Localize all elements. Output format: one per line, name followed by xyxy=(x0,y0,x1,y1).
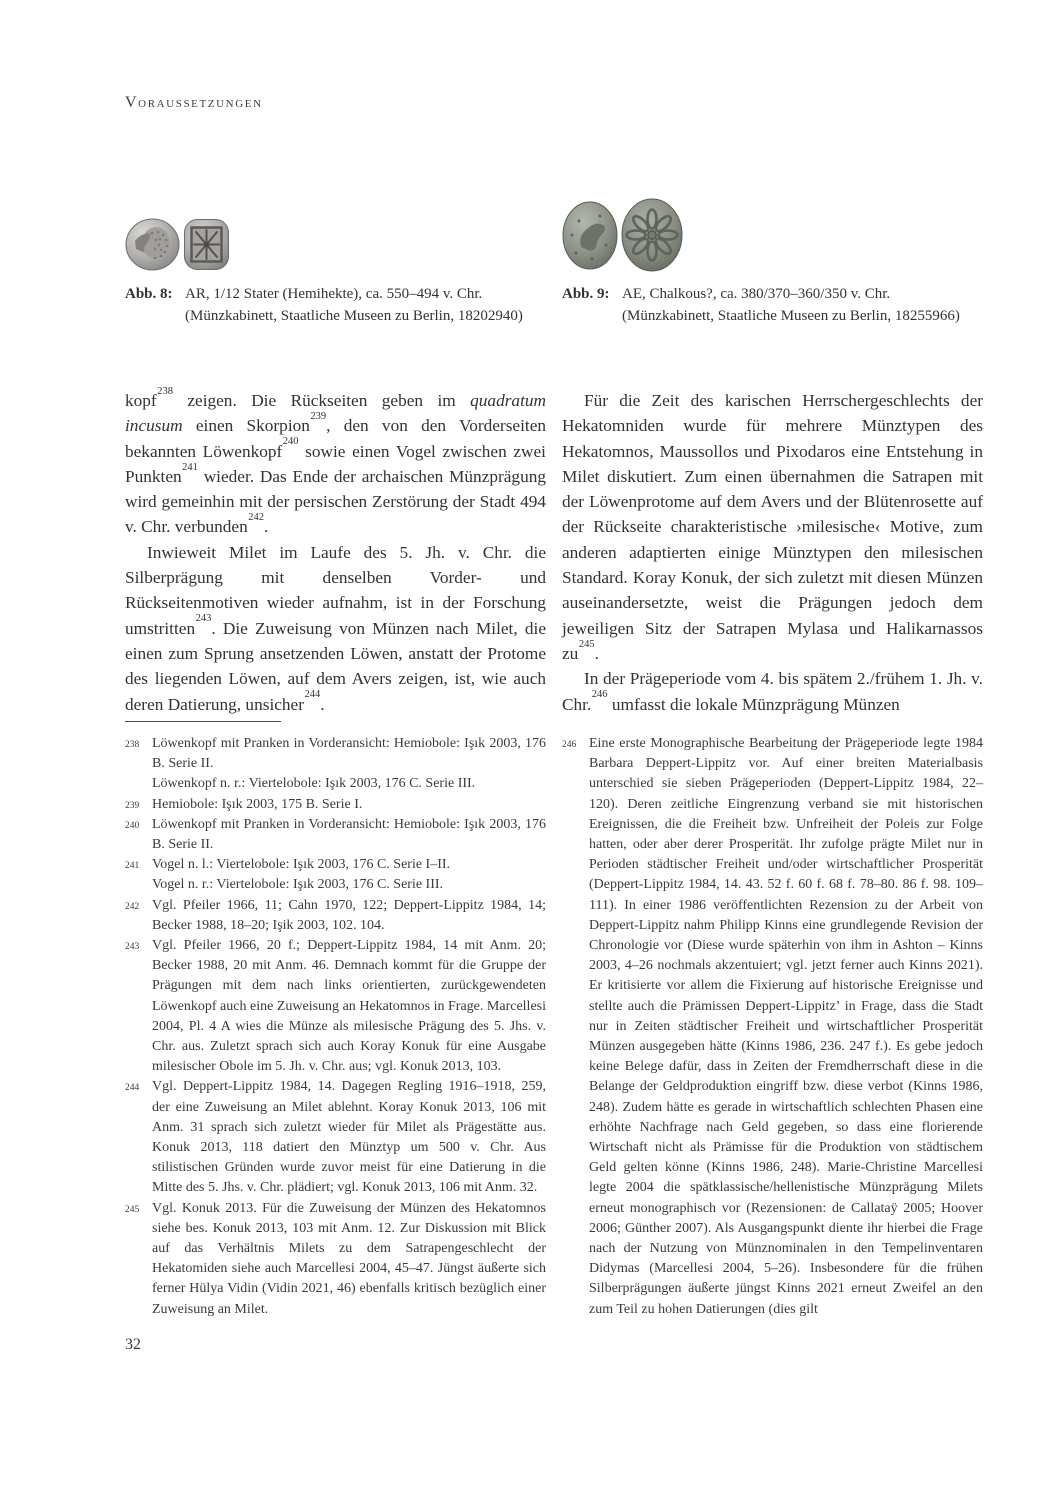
paragraph: Für die Zeit des karischen Herrschergesc… xyxy=(562,388,983,666)
footnote-ref: 241 xyxy=(182,462,198,473)
footnote-separator-rule xyxy=(125,721,281,722)
footnote-244: 244 Vgl. Deppert-Lippitz 1984, 14. Dageg… xyxy=(125,1077,546,1198)
footnote-number: 242 xyxy=(125,897,139,917)
silver-coin-lion-head-obverse-image xyxy=(125,218,180,271)
footnote-number: 244 xyxy=(125,1078,139,1098)
footnotes-right-column: 246 Eine erste Monographische Bearbeitun… xyxy=(562,734,983,1320)
footnote-number: 241 xyxy=(125,856,139,876)
italic-text: quadratum incusum xyxy=(125,391,546,435)
figure-9-label: Abb. 9: xyxy=(562,284,610,306)
footnote-number: 245 xyxy=(125,1200,139,1220)
paragraph: Inwieweit Milet im Laufe des 5. Jh. v. C… xyxy=(125,540,546,717)
figure-9-coin-images xyxy=(562,196,983,274)
figure-9-caption: AE, Chalkous?, ca. 380/370–360/350 v. Ch… xyxy=(622,284,970,327)
footnote-241: 241 Vogel n. l.: Viertelobole: Işık 2003… xyxy=(125,855,546,895)
footnote-240: 240 Löwenkopf mit Pranken in Vorderansic… xyxy=(125,815,546,855)
footnote-text: Löwenkopf mit Pranken in Vorderansicht: … xyxy=(152,817,546,852)
footnote-246: 246 Eine erste Monographische Bearbeitun… xyxy=(562,734,983,1320)
page-number: 32 xyxy=(125,1336,141,1354)
paragraph: kopf238 zeigen. Die Rückseiten geben im … xyxy=(125,388,546,540)
figure-8-caption: AR, 1/12 Stater (Hemihekte), ca. 550–494… xyxy=(185,284,533,327)
footnote-242: 242 Vgl. Pfeiler 1966, 11; Cahn 1970, 12… xyxy=(125,896,546,936)
footnote-ref: 242 xyxy=(248,512,264,523)
footnote-245: 245 Vgl. Konuk 2013. Für die Zuweisung d… xyxy=(125,1199,546,1320)
figure-abb-9: Abb. 9: AE, Chalkous?, ca. 380/370–360/3… xyxy=(562,196,983,327)
footnote-text: Eine erste Monographische Bearbeitung de… xyxy=(589,736,983,1317)
figure-9-caption-block: Abb. 9: AE, Chalkous?, ca. 380/370–360/3… xyxy=(562,284,983,327)
figure-8-caption-block: Abb. 8: AR, 1/12 Stater (Hemihekte), ca.… xyxy=(125,284,546,327)
body-left-column: kopf238 zeigen. Die Rückseiten geben im … xyxy=(125,388,546,717)
footnote-text: Vgl. Pfeiler 1966, 20 f.; Deppert-Lippit… xyxy=(152,938,546,1074)
footnote-239: 239 Hemiobole: Işık 2003, 175 B. Serie I… xyxy=(125,795,546,815)
footnote-number: 243 xyxy=(125,937,139,957)
figure-abb-8: Abb. 8: AR, 1/12 Stater (Hemihekte), ca.… xyxy=(125,214,546,327)
running-head: Voraussetzungen xyxy=(125,94,263,112)
footnote-ref: 246 xyxy=(592,689,608,700)
footnote-text: Hemiobole: Işık 2003, 175 B. Serie I. xyxy=(152,797,362,812)
book-page: Voraussetzungen xyxy=(0,0,1061,1500)
footnote-number: 239 xyxy=(125,796,139,816)
footnote-text: Vgl. Konuk 2013. Für die Zuweisung der M… xyxy=(152,1201,546,1317)
footnote-number: 240 xyxy=(125,816,139,836)
footnote-number: 246 xyxy=(562,735,576,755)
body-right-column: Für die Zeit des karischen Herrschergesc… xyxy=(562,388,983,717)
figure-8-coin-images xyxy=(125,214,546,274)
footnote-ref: 240 xyxy=(283,436,299,447)
footnote-ref: 238 xyxy=(157,386,173,397)
paragraph: In der Prägeperiode vom 4. bis spätem 2.… xyxy=(562,666,983,717)
footnote-238: 238 Löwenkopf mit Pranken in Vorderansic… xyxy=(125,734,546,795)
footnotes-left-column: 238 Löwenkopf mit Pranken in Vorderansic… xyxy=(125,734,546,1320)
footnote-ref: 244 xyxy=(304,689,320,700)
bronze-coin-lion-obverse-image xyxy=(562,201,618,270)
footnote-text: Vgl. Pfeiler 1966, 11; Cahn 1970, 122; D… xyxy=(152,898,546,933)
footnote-text: Löwenkopf mit Pranken in Vorderansicht: … xyxy=(152,736,546,791)
footnote-text: Vgl. Deppert-Lippitz 1984, 14. Dagegen R… xyxy=(152,1079,546,1195)
footnote-text: Vogel n. l.: Viertelobole: Işık 2003, 17… xyxy=(152,857,450,892)
silver-coin-incuse-star-reverse-image xyxy=(183,217,230,272)
footnote-ref: 239 xyxy=(310,411,326,422)
footnote-243: 243 Vgl. Pfeiler 1966, 20 f.; Deppert-Li… xyxy=(125,936,546,1077)
figure-8-label: Abb. 8: xyxy=(125,284,173,306)
footnote-ref: 245 xyxy=(579,639,595,650)
footnote-number: 238 xyxy=(125,735,139,755)
bronze-coin-rosette-reverse-image xyxy=(621,198,683,272)
footnote-ref: 243 xyxy=(196,613,212,624)
